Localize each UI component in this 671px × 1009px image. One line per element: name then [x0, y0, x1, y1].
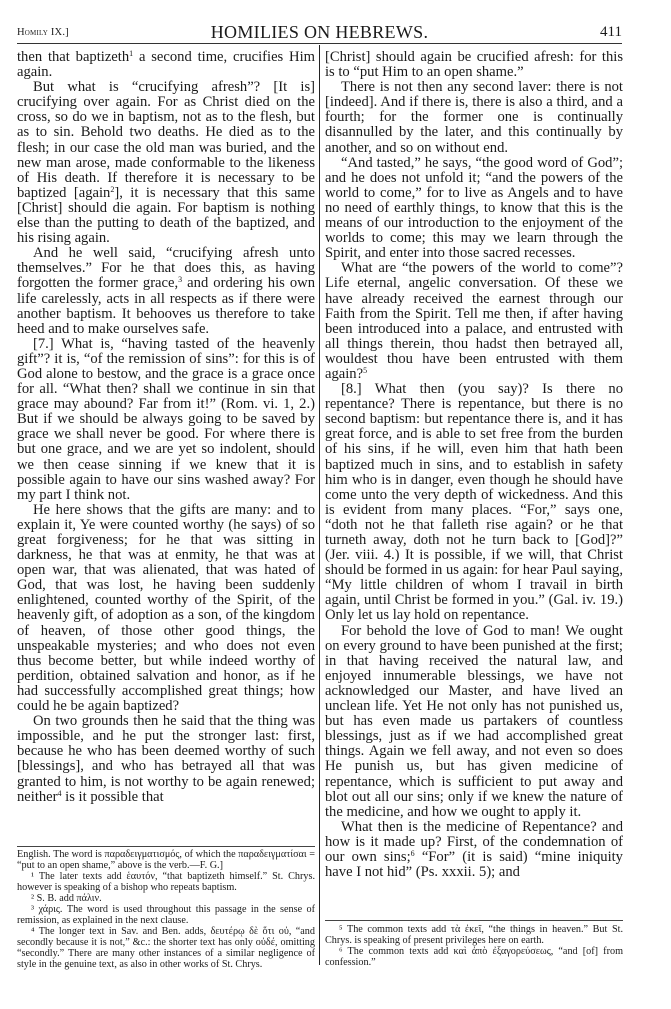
- paragraph: There is not then any second laver: ther…: [325, 80, 623, 155]
- footnotes-right: ⁵ The common texts add τὰ ἐκεῖ, “the thi…: [325, 924, 623, 968]
- column-divider: [319, 45, 320, 965]
- header-rule: [17, 43, 622, 44]
- footnote: ¹ The later texts add ἑαυτόν, “that bapt…: [17, 871, 315, 893]
- page-number: 411: [600, 24, 622, 41]
- paragraph: On two grounds then he said that the thi…: [17, 714, 315, 805]
- paragraph: And he well said, “crucifying afresh unt…: [17, 246, 315, 337]
- footnote: ⁶ The common texts add καὶ ἀπὸ ἐξαγορεύσ…: [325, 946, 623, 968]
- footnote-rule-right: [325, 920, 623, 921]
- page-title: HOMILIES ON HEBREWS.: [17, 22, 622, 43]
- paragraph: [8.] What then (you say)? Is there no re…: [325, 382, 623, 624]
- paragraph: “And tasted,” he says, “the good word of…: [325, 156, 623, 262]
- footnote: ⁴ The longer text in Sav. and Ben. adds,…: [17, 926, 315, 970]
- footnote-rule-left: [17, 846, 315, 847]
- left-column: then that baptizeth1 a second time, cruc…: [17, 50, 315, 805]
- footnote: ² S. B. add πάλιν.: [17, 893, 315, 904]
- paragraph: [Christ] should again be crucified afres…: [325, 50, 623, 80]
- right-column: [Christ] should again be crucified afres…: [325, 50, 623, 880]
- paragraph: But what is “crucifying afresh”? [It is]…: [17, 80, 315, 246]
- paragraph: For behold the love of God to man! We ou…: [325, 624, 623, 820]
- footnote-ref[interactable]: 5: [363, 366, 367, 375]
- footnote: ³ χάρις. The word is used throughout thi…: [17, 904, 315, 926]
- running-header: Homily IX.] HOMILIES ON HEBREWS. 411: [17, 22, 622, 44]
- paragraph: then that baptizeth1 a second time, cruc…: [17, 50, 315, 80]
- footnote: English. The word is παραδειγματισμός, o…: [17, 849, 315, 871]
- footnote: ⁵ The common texts add τὰ ἐκεῖ, “the thi…: [325, 924, 623, 946]
- footnotes-left: English. The word is παραδειγματισμός, o…: [17, 849, 315, 970]
- paragraph: What then is the medicine of Repentance?…: [325, 820, 623, 880]
- paragraph: What are “the powers of the world to com…: [325, 261, 623, 382]
- paragraph: [7.] What is, “having tasted of the heav…: [17, 337, 315, 503]
- paragraph: He here shows that the gifts are many: a…: [17, 503, 315, 714]
